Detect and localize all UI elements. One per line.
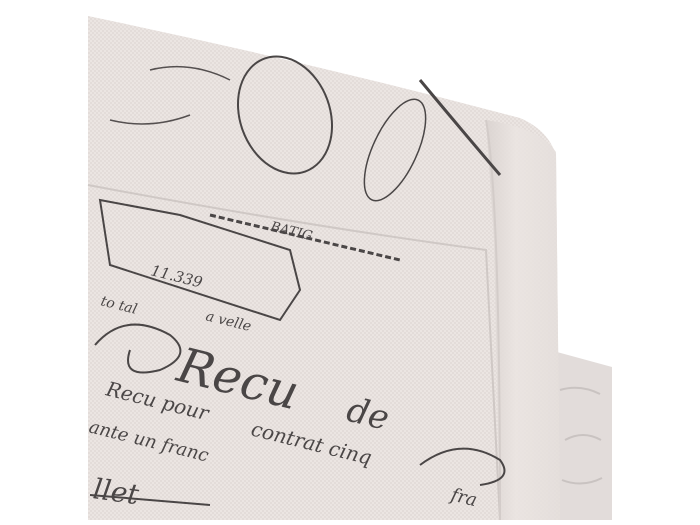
seat-cushion (557, 352, 612, 520)
armchair-illustration: Recu Recu pour contrat cinq de ante un f… (0, 0, 700, 525)
print-line-4: llet (91, 472, 142, 511)
armchair-photo: Recu Recu pour contrat cinq de ante un f… (0, 0, 700, 525)
